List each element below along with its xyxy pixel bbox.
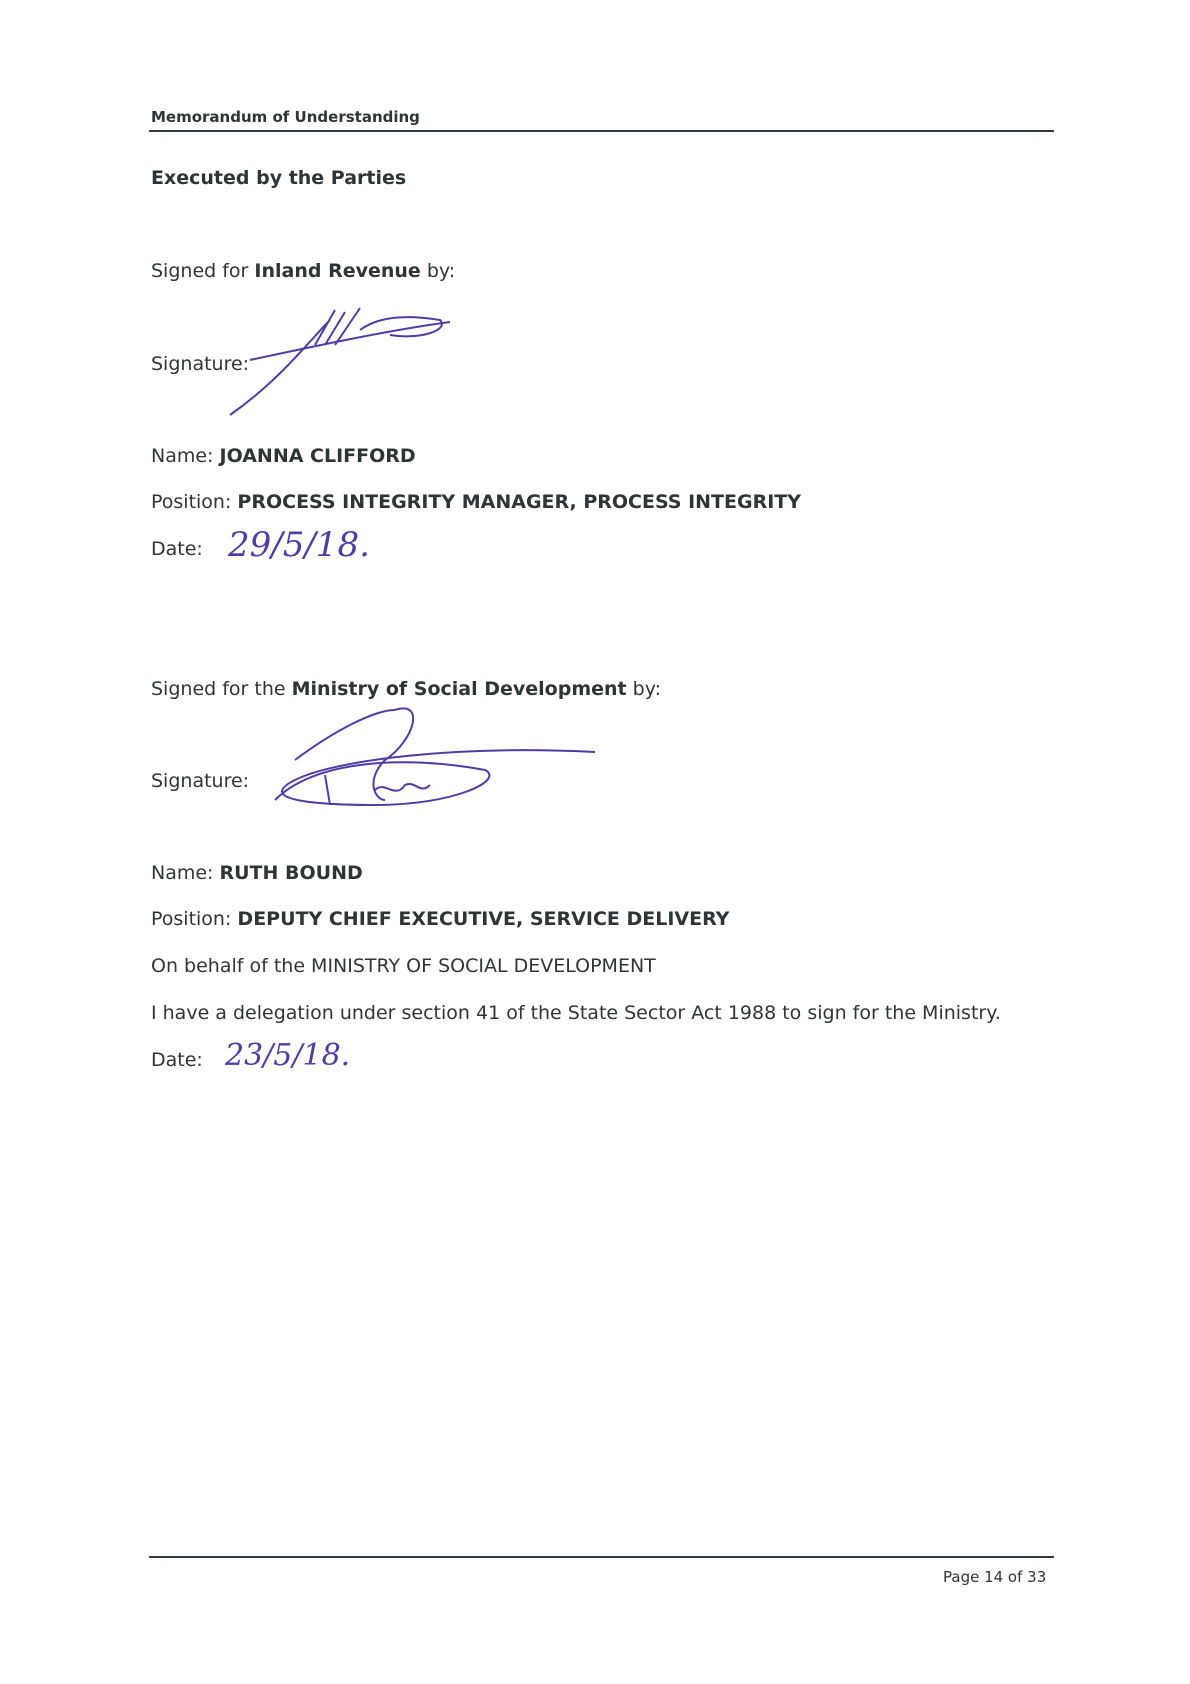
footer-rule (149, 1556, 1054, 1558)
party1-date-handwritten: 29/5/18. (228, 525, 370, 565)
name-label: Name: (151, 445, 220, 467)
signed-for-prefix: Signed for (151, 260, 254, 282)
section-title: Executed by the Parties (151, 167, 406, 189)
party2-delegation: I have a delegation under section 41 of … (151, 1002, 1001, 1024)
signed-for-suffix: by: (627, 678, 661, 700)
party2-date-label: Date: (151, 1049, 203, 1071)
party2-name: RUTH BOUND (220, 862, 363, 884)
party2-signature-label: Signature: (151, 770, 249, 792)
party1-date-label: Date: (151, 538, 203, 560)
signed-for-prefix: Signed for the (151, 678, 292, 700)
party1-signature-image (220, 300, 460, 420)
party1-name: JOANNA CLIFFORD (220, 445, 416, 467)
name-label: Name: (151, 862, 220, 884)
position-label: Position: (151, 491, 237, 513)
party2-name-line: Name: RUTH BOUND (151, 862, 363, 884)
party1-signed-for: Signed for Inland Revenue by: (151, 260, 455, 282)
party1-name-line: Name: JOANNA CLIFFORD (151, 445, 416, 467)
page-number: Page 14 of 33 (943, 1568, 1046, 1586)
signed-for-suffix: by: (421, 260, 455, 282)
party2-signed-for: Signed for the Ministry of Social Develo… (151, 678, 661, 700)
party2-date-handwritten: 23/5/18. (225, 1038, 350, 1073)
party1-position-line: Position: PROCESS INTEGRITY MANAGER, PRO… (151, 491, 801, 513)
header-rule (149, 130, 1054, 132)
party2-position-line: Position: DEPUTY CHIEF EXECUTIVE, SERVIC… (151, 908, 729, 930)
party1-position: PROCESS INTEGRITY MANAGER, PROCESS INTEG… (237, 491, 801, 513)
party1-org: Inland Revenue (254, 260, 420, 282)
header-title: Memorandum of Understanding (151, 108, 420, 126)
party2-behalf: On behalf of the MINISTRY OF SOCIAL DEVE… (151, 955, 656, 977)
party2-position: DEPUTY CHIEF EXECUTIVE, SERVICE DELIVERY (237, 908, 729, 930)
position-label: Position: (151, 908, 237, 930)
party2-signature-image (255, 700, 595, 815)
party2-org: Ministry of Social Development (292, 678, 627, 700)
